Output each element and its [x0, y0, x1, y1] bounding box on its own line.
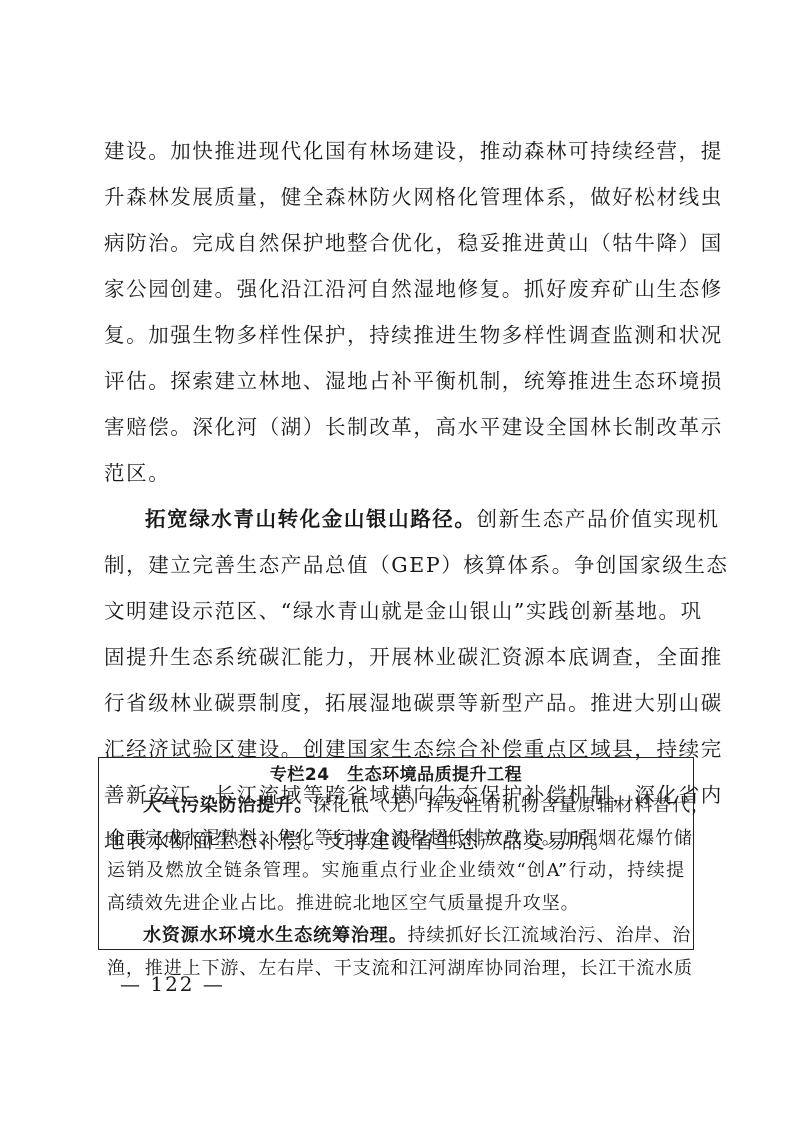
- text-line: 升森林发展质量，健全森林防火网格化管理体系，做好松材线虫: [104, 174, 696, 220]
- box-body: 大气污染防治提升。深化低（无）挥发性有机物含量原辅材料替代， 全面完成水泥熟料、…: [99, 790, 693, 985]
- box-item-first-line: 大气污染防治提升。深化低（无）挥发性有机物含量原辅材料替代，: [107, 790, 685, 823]
- text-line: 固提升生态系统碳汇能力，开展林业碳汇资源本底调查，全面推: [104, 634, 696, 680]
- text-line: 行省级林业碳票制度，拓展湿地碳票等新型产品。推进大别山碳: [104, 680, 696, 726]
- text-line: 范区。: [104, 450, 696, 496]
- special-column-box: 专栏24 生态环境品质提升工程 大气污染防治提升。深化低（无）挥发性有机物含量原…: [98, 757, 694, 950]
- text-line: 病防治。完成自然保护地整合优化，稳妥推进黄山（牯牛降）国: [104, 220, 696, 266]
- text-run: 持续抓好长江流域治污、治岸、治: [408, 925, 692, 946]
- box-text-line: 全面完成水泥熟料、焦化等行业全流程超低排放改造。加强烟花爆竹储: [107, 823, 685, 856]
- box-item-first-line: 水资源水环境水生态统筹治理。持续抓好长江流域治污、治岸、治: [107, 920, 685, 953]
- box-item-heading: 大气污染防治提升。: [143, 795, 313, 816]
- text-line: 制，建立完善生态产品总值（GEP）核算体系。争创国家级生态: [104, 542, 696, 588]
- box-title: 专栏24 生态环境品质提升工程: [99, 758, 693, 790]
- text-line: 家公园创建。强化沿江沿河自然湿地修复。抓好废弃矿山生态修: [104, 266, 696, 312]
- text-line: 建设。加快推进现代化国有林场建设，推动森林可持续经营，提: [104, 128, 696, 174]
- paragraph-heading: 拓宽绿水青山转化金山银山路径。: [145, 507, 477, 531]
- text-line: 评估。探索建立林地、湿地占补平衡机制，统筹推进生态环境损: [104, 358, 696, 404]
- text-run: 深化低（无）挥发性有机物含量原辅材料替代，: [313, 795, 710, 816]
- text-line: 害赔偿。深化河（湖）长制改革，高水平建设全国林长制改革示: [104, 404, 696, 450]
- text-line: 文明建设示范区、“绿水青山就是金山银山”实践创新基地。巩: [104, 588, 696, 634]
- main-text: 建设。加快推进现代化国有林场建设，推动森林可持续经营，提 升森林发展质量，健全森…: [104, 128, 696, 864]
- box-item-heading: 水资源水环境水生态统筹治理。: [143, 925, 408, 946]
- paragraph-first-line: 拓宽绿水青山转化金山银山路径。创新生态产品价值实现机: [104, 496, 696, 542]
- box-text-line: 运销及燃放全链条管理。实施重点行业企业绩效“创A”行动，持续提: [107, 855, 685, 888]
- box-text-line: 高绩效先进企业占比。推进皖北地区空气质量提升攻坚。: [107, 888, 685, 921]
- page-number: — 122 —: [120, 972, 225, 996]
- text-run: 创新生态产品价值实现机: [477, 507, 720, 531]
- text-line: 复。加强生物多样性保护，持续推进生物多样性调查监测和状况: [104, 312, 696, 358]
